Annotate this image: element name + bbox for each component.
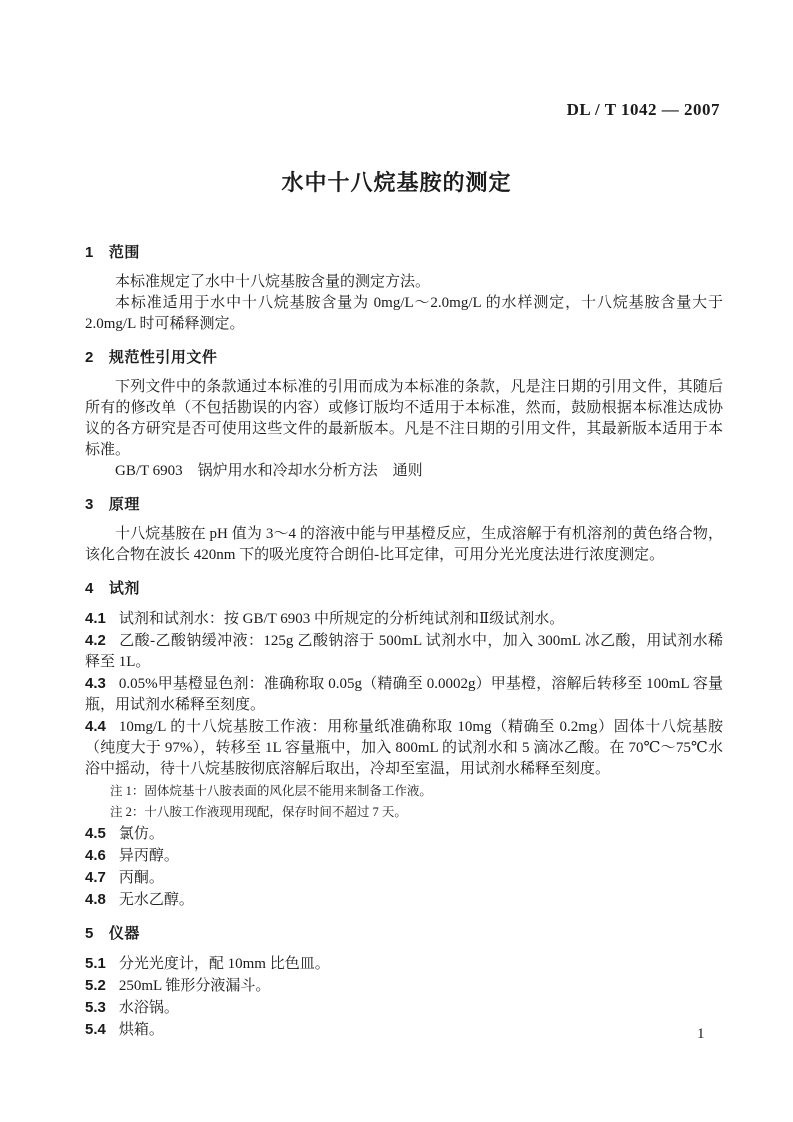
page-number: 1 [697, 1026, 705, 1043]
note-1: 注 1：固体烷基十八胺表面的风化层不能用来制备工作液。 [85, 781, 723, 801]
clause-4-8: 4.8无水乙醇。 [85, 889, 723, 911]
clause-4-8-text: 无水乙醇。 [119, 892, 194, 908]
clause-5-4: 5.4烘箱。 [85, 1019, 723, 1041]
section-5-number: 5 [85, 925, 94, 942]
clause-4-2-text: 乙酸-乙酸钠缓冲液：125g 乙酸钠溶于 500mL 试剂水中，加入 300mL… [85, 633, 723, 670]
clause-4-3: 4.30.05%甲基橙显色剂：准确称取 0.05g（精确至 0.0002g）甲基… [85, 673, 723, 716]
clause-5-1: 5.1分光光度计，配 10mm 比色皿。 [85, 953, 723, 975]
clause-5-3-text: 水浴锅。 [119, 1000, 179, 1016]
clause-4-1-number: 4.1 [85, 610, 106, 627]
note-2: 注 2：十八胺工作液现用现配，保存时间不超过 7 天。 [85, 802, 723, 822]
clause-5-2-text: 250mL 锥形分液漏斗。 [119, 978, 271, 994]
clause-4-4-text: 10mg/L 的十八烷基胺工作液：用称量纸准确称取 10mg（精确至 0.2mg… [85, 719, 723, 777]
clause-4-2: 4.2乙酸-乙酸钠缓冲液：125g 乙酸钠溶于 500mL 试剂水中，加入 30… [85, 630, 723, 673]
clause-5-1-number: 5.1 [85, 955, 106, 972]
clause-4-7: 4.7丙酮。 [85, 867, 723, 889]
clause-4-4-number: 4.4 [85, 718, 106, 735]
reference-entry: GB/T 6903 锅炉用水和冷却水分析方法 通则 [85, 461, 723, 482]
section-5-title: 仪器 [109, 925, 140, 942]
clause-4-6-text: 异丙醇。 [119, 848, 179, 864]
clause-5-2-number: 5.2 [85, 977, 106, 994]
clause-5-1-text: 分光光度计，配 10mm 比色皿。 [119, 956, 330, 972]
clause-4-6-number: 4.6 [85, 847, 106, 864]
clause-4-5: 4.5氯仿。 [85, 823, 723, 845]
clause-5-2: 5.2250mL 锥形分液漏斗。 [85, 975, 723, 997]
section-4-title: 试剂 [109, 580, 140, 597]
section-3-number: 3 [85, 496, 94, 513]
clause-5-3-number: 5.3 [85, 999, 106, 1016]
document-body: 1范围 本标准规定了水中十八烷基胺含量的测定方法。 本标准适用于水中十八烷基胺含… [85, 242, 723, 1041]
clause-4-6: 4.6异丙醇。 [85, 845, 723, 867]
scope-paragraph-1: 本标准规定了水中十八烷基胺含量的测定方法。 [85, 272, 723, 293]
section-2-number: 2 [85, 349, 94, 366]
section-3-heading: 3原理 [85, 494, 723, 515]
standard-number: DL / T 1042 — 2007 [567, 100, 720, 120]
section-3-title: 原理 [109, 496, 140, 513]
clause-4-5-text: 氯仿。 [119, 826, 164, 842]
clause-4-1: 4.1试剂和试剂水：按 GB/T 6903 中所规定的分析纯试剂和Ⅱ级试剂水。 [85, 608, 723, 630]
clause-4-3-text: 0.05%甲基橙显色剂：准确称取 0.05g（精确至 0.0002g）甲基橙，溶… [85, 676, 723, 713]
clause-5-4-number: 5.4 [85, 1021, 106, 1038]
principle-paragraph: 十八烷基胺在 pH 值为 3～4 的溶液中能与甲基橙反应，生成溶解于有机溶剂的黄… [85, 524, 723, 566]
document-page: DL / T 1042 — 2007 水中十八烷基胺的测定 1范围 本标准规定了… [0, 0, 793, 1122]
section-1-heading: 1范围 [85, 242, 723, 263]
clause-4-1-text: 试剂和试剂水：按 GB/T 6903 中所规定的分析纯试剂和Ⅱ级试剂水。 [119, 611, 564, 627]
clause-4-2-number: 4.2 [85, 632, 106, 649]
normative-references-paragraph: 下列文件中的条款通过本标准的引用而成为本标准的条款，凡是注日期的引用文件，其随后… [85, 377, 723, 461]
clause-4-7-number: 4.7 [85, 869, 106, 886]
clause-4-8-number: 4.8 [85, 891, 106, 908]
section-2-title: 规范性引用文件 [109, 349, 218, 366]
document-title: 水中十八烷基胺的测定 [0, 166, 793, 197]
clause-5-4-text: 烘箱。 [119, 1022, 164, 1038]
scope-paragraph-2: 本标准适用于水中十八烷基胺含量为 0mg/L～2.0mg/L 的水样测定，十八烷… [85, 293, 723, 335]
clause-4-3-number: 4.3 [85, 675, 106, 692]
clause-4-5-number: 4.5 [85, 825, 106, 842]
section-2-heading: 2规范性引用文件 [85, 347, 723, 368]
section-4-heading: 4试剂 [85, 578, 723, 599]
clause-4-7-text: 丙酮。 [119, 870, 164, 886]
section-1-title: 范围 [109, 244, 140, 261]
section-1-number: 1 [85, 244, 94, 261]
section-5-heading: 5仪器 [85, 923, 723, 944]
clause-5-3: 5.3水浴锅。 [85, 997, 723, 1019]
section-4-number: 4 [85, 580, 94, 597]
clause-4-4: 4.410mg/L 的十八烷基胺工作液：用称量纸准确称取 10mg（精确至 0.… [85, 716, 723, 780]
